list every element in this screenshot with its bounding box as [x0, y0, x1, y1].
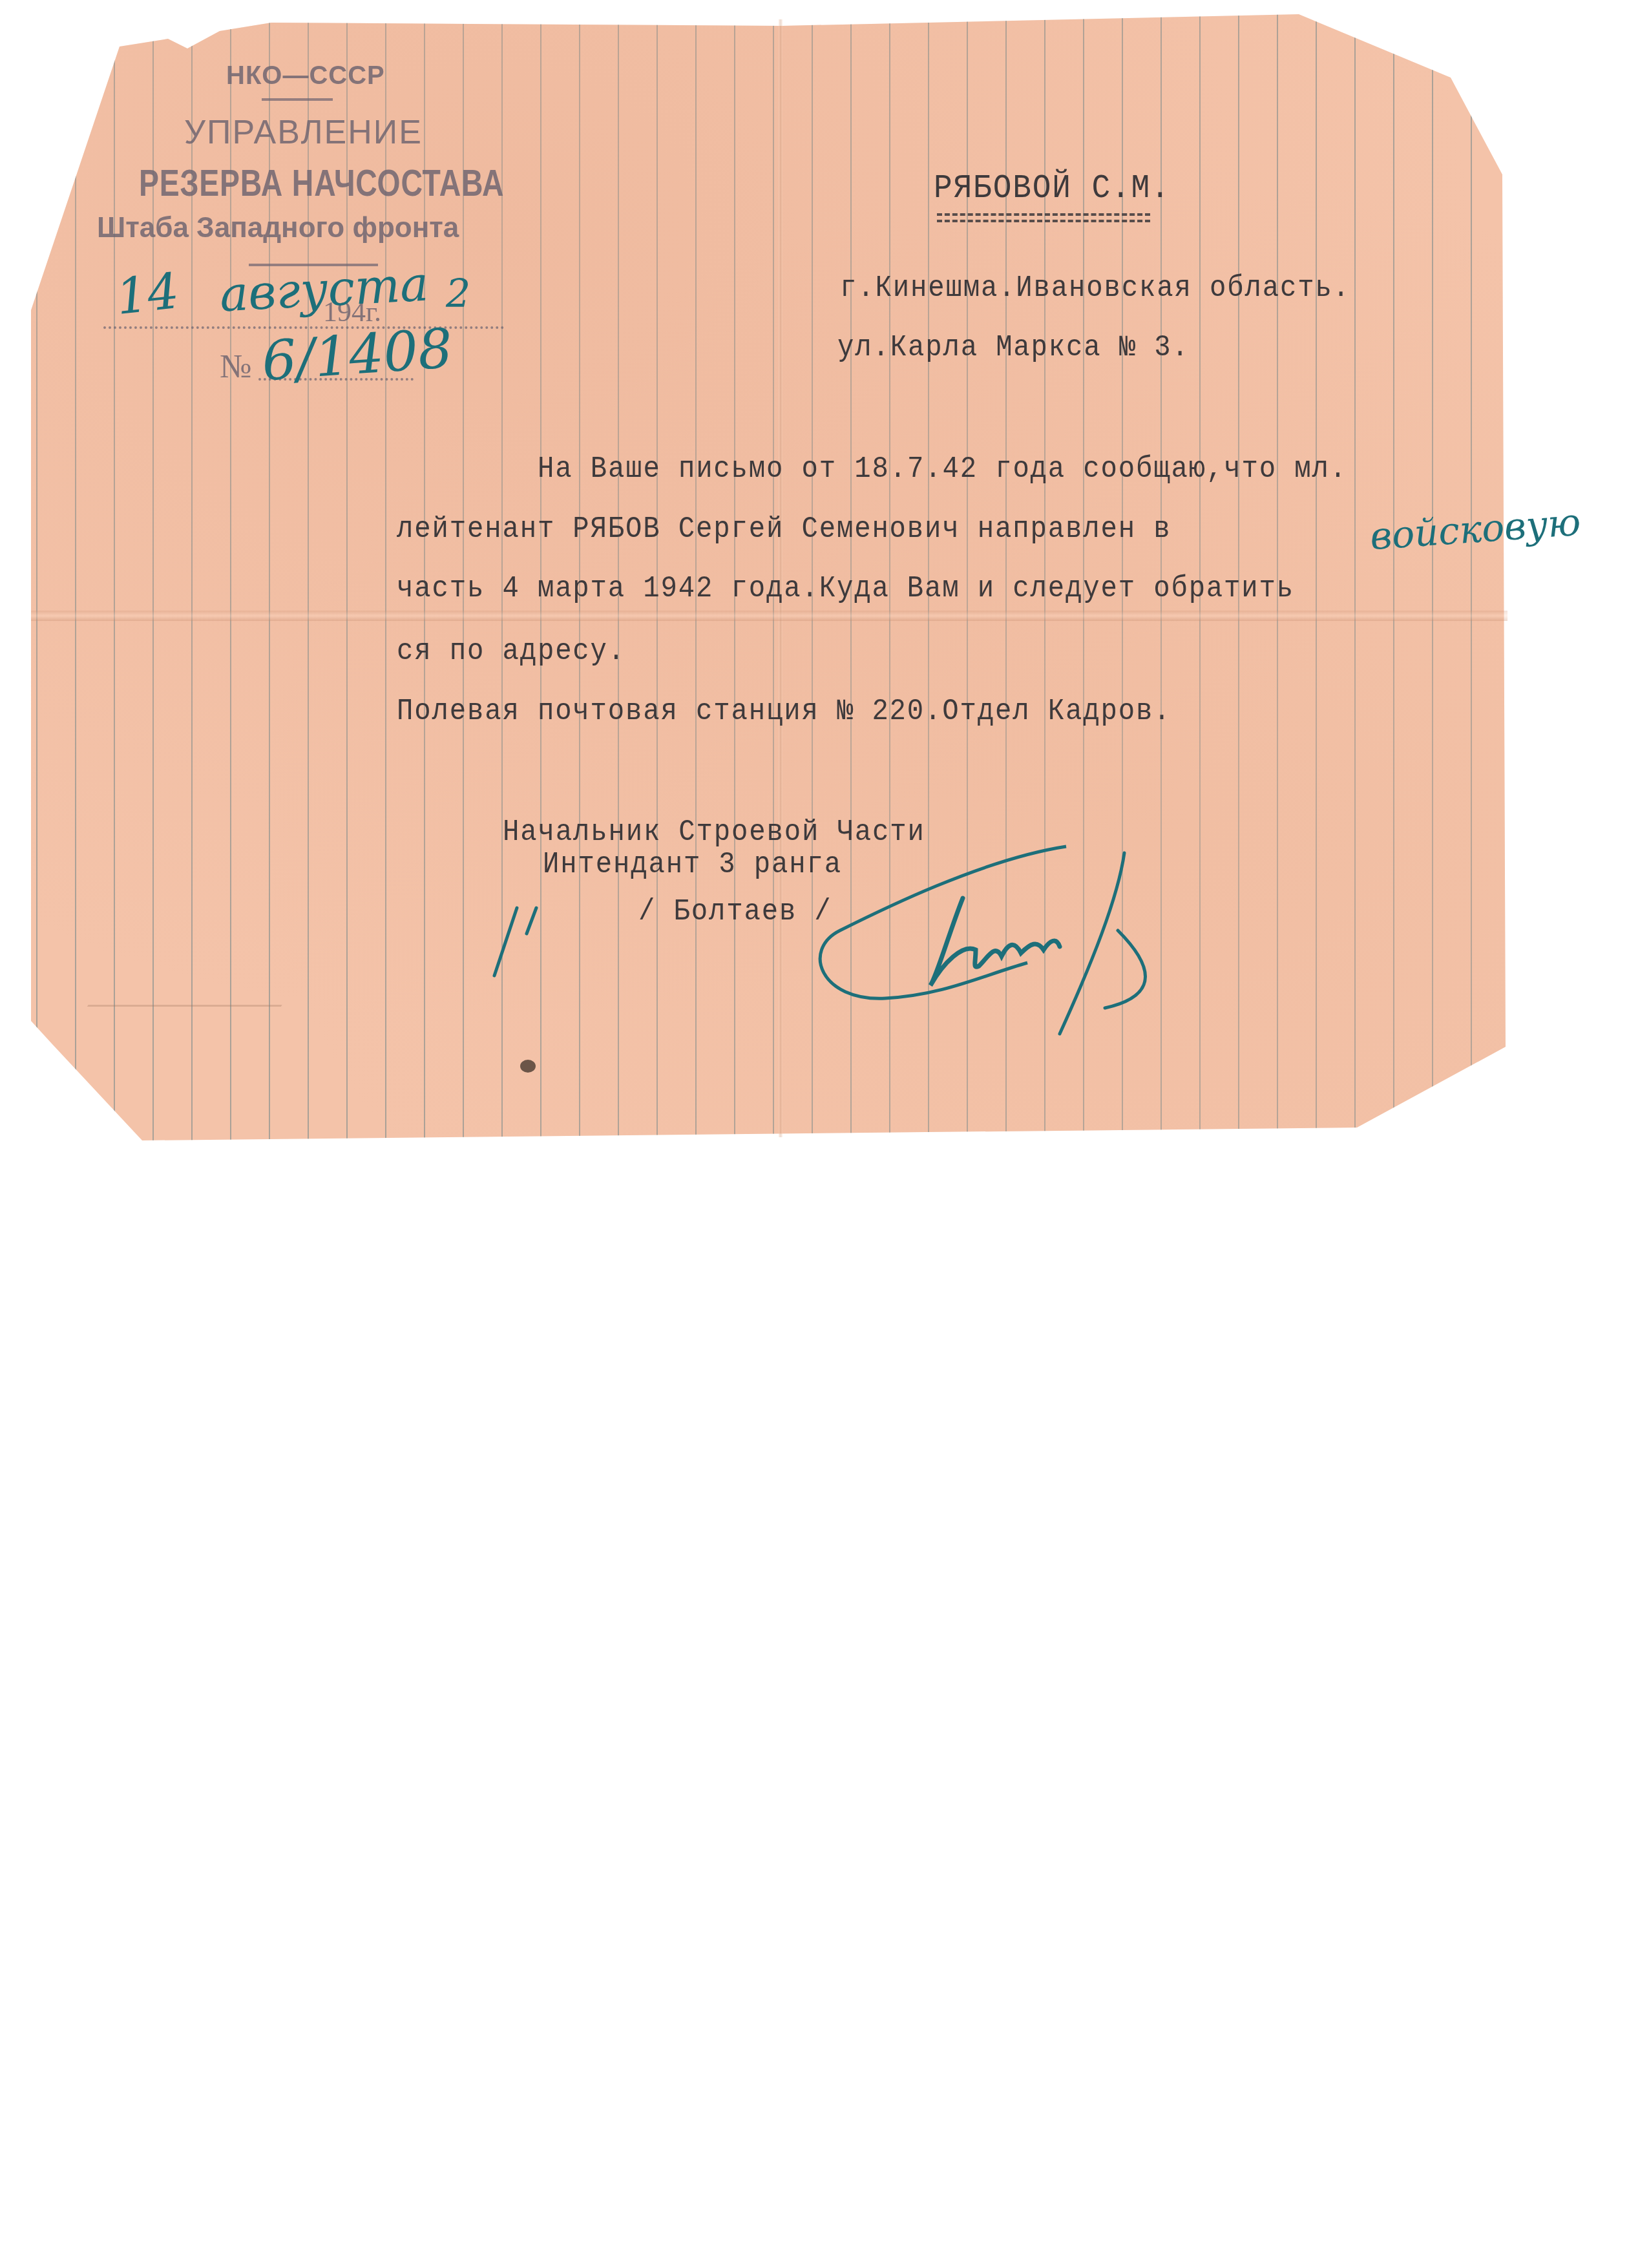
- stamp-number-label: №: [220, 348, 252, 386]
- ink-stain: [520, 1060, 536, 1073]
- handwritten-year-digit: 2: [446, 271, 470, 317]
- stamp-organization: НКО—СССР: [226, 61, 385, 90]
- body-line-5: Полевая почтовая станция № 220.Отдел Кад…: [397, 695, 1171, 728]
- addressee-name: РЯБОВОЙ С.М.: [934, 169, 1171, 207]
- handwritten-month: августа: [218, 257, 430, 323]
- body-line-4: ся по адресу.: [397, 635, 625, 668]
- body-line-3: часть 4 марта 1942 года.Куда Вам и следу…: [397, 572, 1294, 605]
- signatory-name: / Болтаев /: [638, 895, 832, 929]
- body-line-1: На Ваше письмо от 18.7.42 года сообщаю,ч…: [538, 452, 1347, 486]
- handwritten-slash-mark: [491, 895, 569, 979]
- horizontal-fold-line: [31, 611, 1507, 621]
- addressee-underline: [937, 213, 1150, 222]
- handwritten-ref-number: 6/1408: [260, 317, 455, 393]
- stamp-line-3: Штаба Западного фронта: [97, 212, 459, 244]
- address-line-1: г.Кинешма.Ивановская область.: [840, 271, 1350, 305]
- body-line-2: лейтенант РЯБОВ Сергей Семенович направл…: [397, 512, 1171, 546]
- handwritten-signature: [814, 834, 1228, 1047]
- stamp-divider: [262, 98, 333, 101]
- address-line-2: ул.Карла Маркса № 3.: [837, 331, 1190, 364]
- stamp-line-1: УПРАВЛЕНИЕ: [184, 113, 423, 152]
- stamp-line-2: РЕЗЕРВА НАЧСОСТАВА: [139, 162, 504, 205]
- handwritten-day: 14: [114, 262, 182, 326]
- signatory-title-2: Интендант 3 ранга: [543, 848, 842, 881]
